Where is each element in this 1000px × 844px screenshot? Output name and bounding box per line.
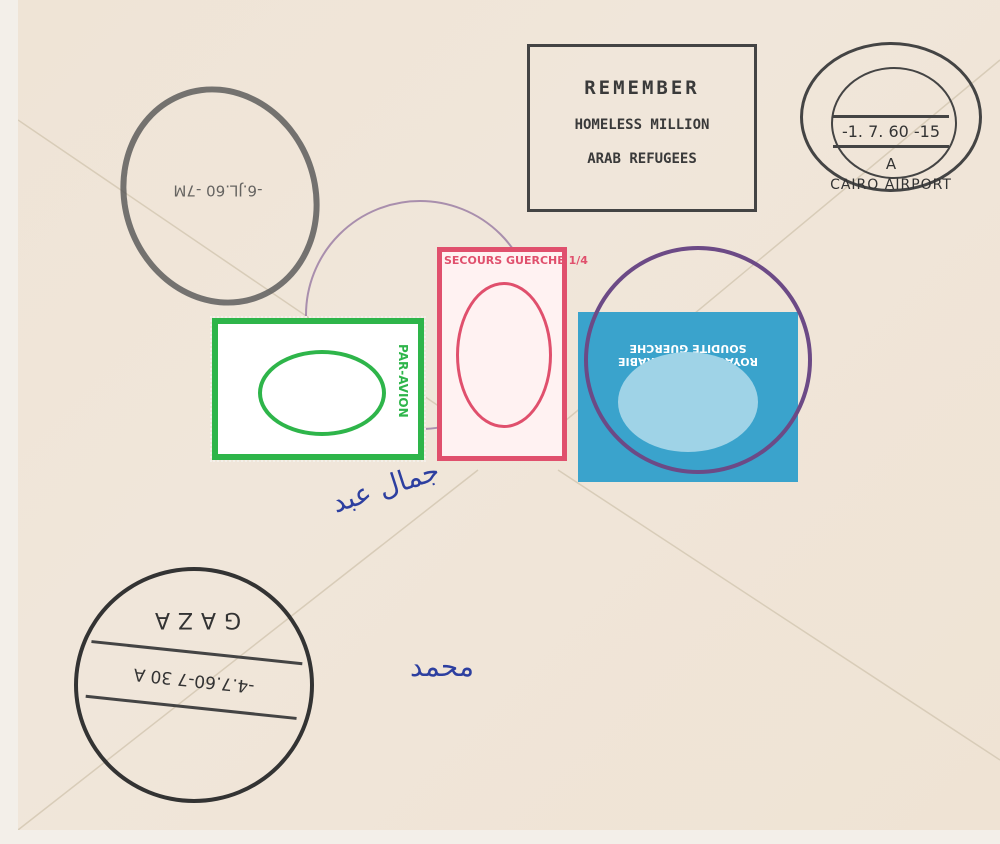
cairo-name: CAIRO AIRPORT xyxy=(803,177,979,193)
green-stamp-label: PAR-AVION xyxy=(396,344,410,418)
airplane-icon xyxy=(258,350,386,436)
red-stamp-label: SECOURS GUERCHE xyxy=(444,254,565,267)
cachet-line-1: REMEMBER xyxy=(530,77,754,99)
emblem-icon xyxy=(456,282,552,428)
handwriting-line-2: محمد xyxy=(410,650,474,683)
violet-postmark-right xyxy=(584,246,812,474)
cachet-line-2: HOMELESS MILLION xyxy=(530,117,754,133)
gaza-postmark: GAZA -4.7.60-7 30 A xyxy=(74,567,314,803)
cairo-airport-postmark: -1. 7. 60 -15 A CAIRO AIRPORT xyxy=(800,42,982,192)
red-charity-stamp: SECOURS GUERCHE 1/4 xyxy=(437,247,567,461)
gaza-date: -4.7.60-7 30 A xyxy=(86,640,303,720)
cairo-code: A xyxy=(803,155,979,173)
remember-refugees-cachet: REMEMBER HOMELESS MILLION ARAB REFUGEES xyxy=(527,44,757,212)
gaza-name: GAZA xyxy=(78,607,310,632)
smudged-date: -6.JL.60 -7M xyxy=(136,181,300,199)
cachet-line-3: ARAB REFUGEES xyxy=(530,151,754,167)
green-airmail-stamp: PAR-AVION xyxy=(212,318,424,460)
cairo-date: -1. 7. 60 -15 xyxy=(833,115,949,148)
red-stamp-value: 1/4 xyxy=(569,254,588,267)
